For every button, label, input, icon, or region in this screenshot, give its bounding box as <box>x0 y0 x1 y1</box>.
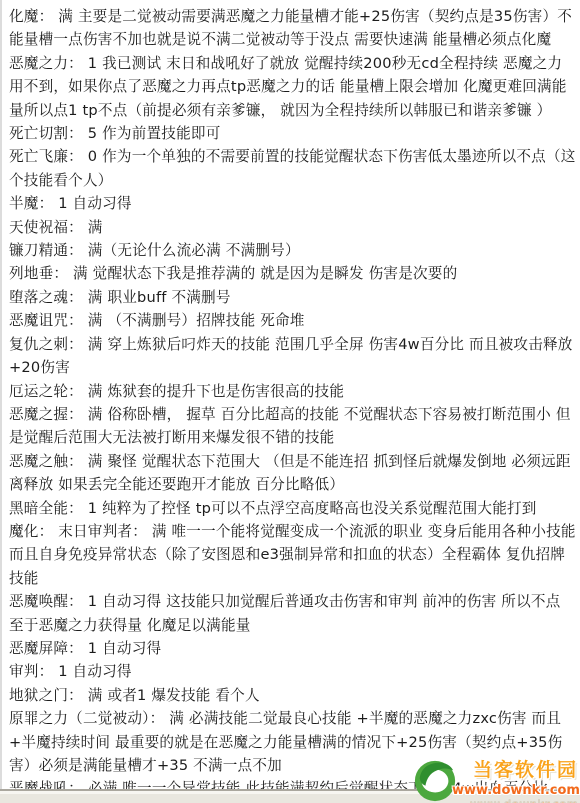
guide-paragraph: 堕落之魂： 满 职业buff 不满删号 <box>9 286 576 309</box>
guide-paragraph: 化魔： 满 主要是二觉被动需要满恶魔之力能量槽才能+25伤害（契约点是35伤害）… <box>9 5 576 52</box>
guide-paragraph: 恶魔之力： 1 我已测试 末日和战吼好了就放 觉醒持续200秒无cd全程持续 恶… <box>9 52 576 122</box>
watermark-site-name: 当客软件园 <box>452 755 578 782</box>
guide-paragraph: 天使祝福： 满 <box>9 216 576 239</box>
guide-text: 化魔： 满 主要是二觉被动需要满恶魔之力能量槽才能+25伤害（契约点是35伤害）… <box>0 0 580 789</box>
watermark-url: www.downkr.com <box>452 783 578 798</box>
guide-paragraph: 恶魔之触： 满 聚怪 觉醒状态下范围大 （但是不能连招 抓到怪后就爆发倒地 必须… <box>9 450 576 497</box>
guide-paragraph: 地狱之门： 满 或者1 爆发技能 看个人 <box>9 684 576 707</box>
guide-paragraph: 厄运之轮： 满 炼狱套的提升下也是伤害很高的技能 <box>9 380 576 403</box>
guide-paragraph: 魔化： 末日审判者： 满 唯一一个能将觉醒变成一个流派的职业 变身后能用各种小技… <box>9 520 576 590</box>
guide-paragraph: 镰刀精通： 满（无论什么流必满 不满删号） <box>9 239 576 262</box>
guide-paragraph: 恶魔屏障： 1 自动习得 <box>9 637 576 660</box>
guide-paragraph: 死亡切割： 5 作为前置技能即可 <box>9 122 576 145</box>
watermark: 当客软件园 www.downkr.com www.downkr.com <box>420 755 578 803</box>
guide-paragraph: 黑暗全能： 1 纯粹为了控怪 tp可以不点浮空高度略高也没关系觉醒范围大能打到 <box>9 497 576 520</box>
watermark-url-echo: www.downkr.com <box>452 797 578 803</box>
guide-paragraph: 恶魔唤醒： 1 自动习得 这技能只加觉醒后普通攻击伤害和审判 前冲的伤害 所以不… <box>9 590 576 637</box>
guide-paragraph: 恶魔诅咒： 满 （不满删号）招牌技能 死命堆 <box>9 309 576 332</box>
guide-paragraph: 恶魔之握： 满 俗称卧槽， 握草 百分比超高的技能 不觉醒状态下容易被打断范围小… <box>9 403 576 450</box>
guide-paragraph: 列地垂： 满 觉醒状态下我是推荐满的 就是因为是瞬发 伤害是次要的 <box>9 262 576 285</box>
guide-paragraph: 死亡飞廉： 0 作为一个单独的不需要前置的技能觉醒状态下伤害低太墨迹所以不点（这… <box>9 145 576 192</box>
guide-paragraph: 审判： 1 自动习得 <box>9 660 576 683</box>
guide-paragraph: 半魔： 1 自动习得 <box>9 192 576 215</box>
guide-paragraph: 复仇之刺： 满 穿上炼狱后叼炸天的技能 范围几乎全屏 伤害4w百分比 而且被攻击… <box>9 333 576 380</box>
